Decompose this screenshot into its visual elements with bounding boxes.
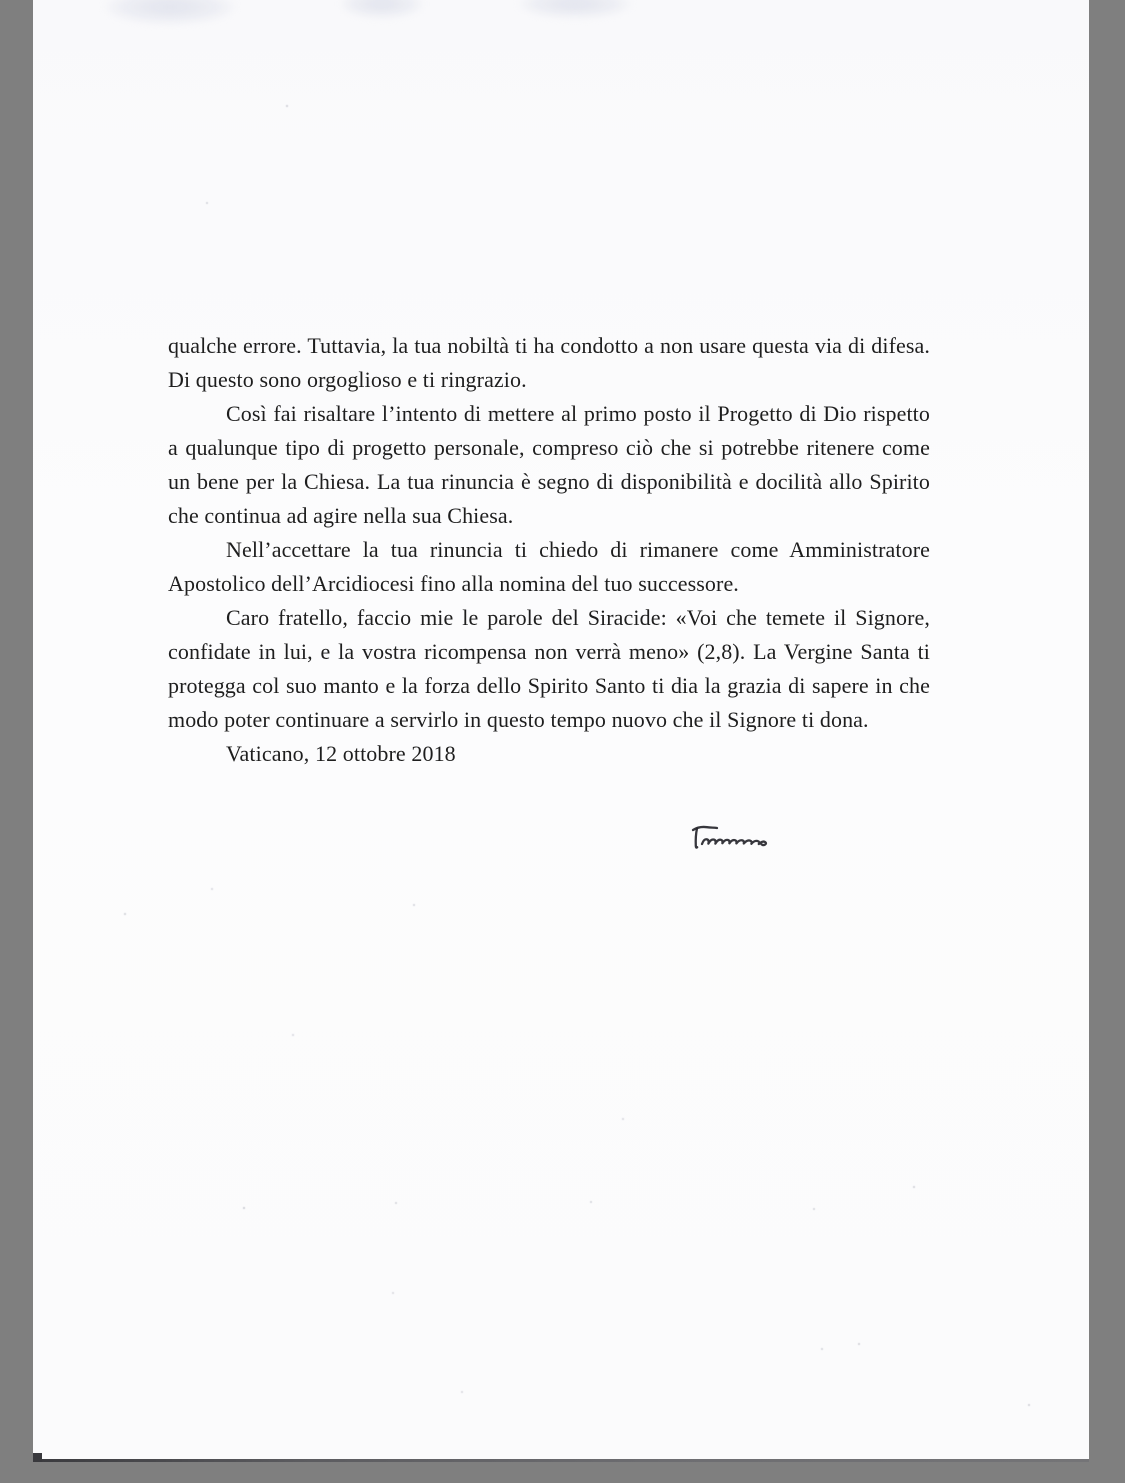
scan-smudge bbox=[341, 0, 423, 18]
page-bottom-edge bbox=[33, 1459, 1089, 1462]
screenshot-root: { "viewer": { "background_color": "#7f7f… bbox=[0, 0, 1125, 1483]
page-corner-mark bbox=[33, 1453, 42, 1462]
dateline: Vaticano, 12 ottobre 2018 bbox=[168, 737, 930, 771]
photo-viewer-background: qualche errore. Tuttavia, la tua nobiltà… bbox=[0, 0, 1125, 1483]
scan-smudge bbox=[105, 0, 235, 24]
francesco-signature bbox=[688, 820, 780, 856]
scan-smudge bbox=[519, 0, 631, 18]
letter-paragraph: Nell’accettare la tua rinuncia ti chiedo… bbox=[168, 533, 930, 601]
letter-paragraph: Caro fratello, faccio mie le parole del … bbox=[168, 601, 930, 737]
letter-paragraph-continuation: qualche errore. Tuttavia, la tua nobiltà… bbox=[168, 329, 930, 397]
scan-speckles bbox=[33, 0, 35, 2]
letter-body: qualche errore. Tuttavia, la tua nobiltà… bbox=[168, 329, 930, 771]
letter-paragraph: Così fai risaltare l’intento di mettere … bbox=[168, 397, 930, 533]
scanned-letter-page: qualche errore. Tuttavia, la tua nobiltà… bbox=[33, 0, 1089, 1462]
